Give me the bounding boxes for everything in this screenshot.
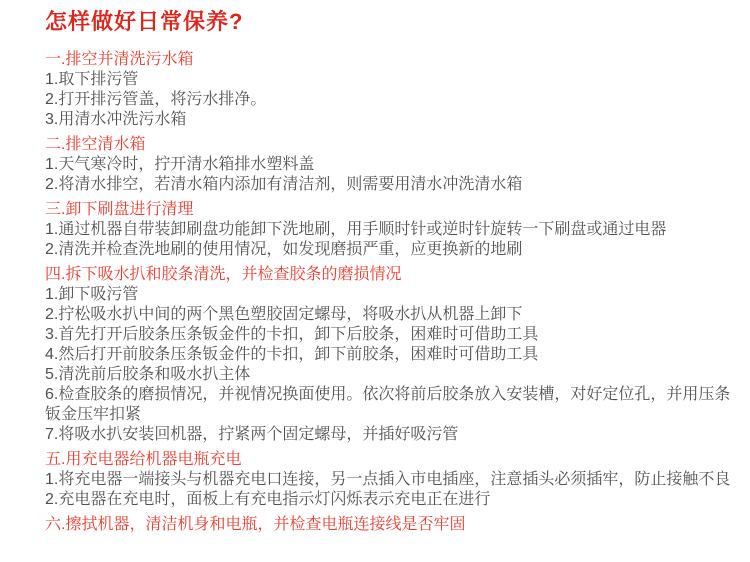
section-step-item: 7.将吸水扒安装回机器，拧紧两个固定螺母，并插好吸污管 (45, 425, 745, 445)
section-heading: 四.拆下吸水扒和胶条清洗，并检查胶条的磨损情况 (45, 265, 745, 285)
section-heading: 二.排空清水箱 (45, 135, 745, 155)
section-heading: 六.擦拭机器，清洁机身和电瓶，并检查电瓶连接线是否牢固 (45, 515, 745, 535)
page-title: 怎样做好日常保养? (45, 10, 745, 34)
section-step-item: 4.然后打开前胶条压条钣金件的卡扣，卸下前胶条，困难时可借助工具 (45, 345, 745, 365)
section-step-item: 1.通过机器自带装卸刷盘功能卸下洗地刷，用手顺时针或逆时针旋转一下刷盘或通过电器 (45, 220, 745, 240)
section-step-item: 6.检查胶条的磨损情况，并视情况换面使用。依次将前后胶条放入安装槽，对好定位孔，… (45, 385, 745, 425)
section-step-item: 2.清洗并检查洗地刷的使用情况，如发现磨损严重，应更换新的地刷 (45, 240, 745, 260)
maintenance-guide-document: 怎样做好日常保养? 一.排空并清洗污水箱1.取下排污管2.打开排污管盖，将污水排… (0, 0, 750, 535)
section-step-item: 3.用清水冲洗污水箱 (45, 110, 745, 130)
section-step-item: 1.卸下吸污管 (45, 285, 745, 305)
sections-container: 一.排空并清洗污水箱1.取下排污管2.打开排污管盖，将污水排净。3.用清水冲洗污… (45, 50, 745, 535)
section-step-item: 1.取下排污管 (45, 70, 745, 90)
section-heading: 三.卸下刷盘进行清理 (45, 200, 745, 220)
section-step-item: 3.首先打开后胶条压条钣金件的卡扣，卸下后胶条，困难时可借助工具 (45, 325, 745, 345)
section-step-item: 2.充电器在充电时，面板上有充电指示灯闪烁表示充电正在进行 (45, 490, 745, 510)
section-step-item: 5.清洗前后胶条和吸水扒主体 (45, 365, 745, 385)
section-step-item: 2.将清水排空，若清水箱内添加有清洁剂，则需要用清水冲洗清水箱 (45, 175, 745, 195)
section-heading: 一.排空并清洗污水箱 (45, 50, 745, 70)
section-heading: 五.用充电器给机器电瓶充电 (45, 450, 745, 470)
section-step-item: 1.将充电器一端接头与机器充电口连接，另一点插入市电插座，注意插头必须插牢，防止… (45, 470, 745, 490)
section-step-item: 2.拧松吸水扒中间的两个黑色塑胶固定螺母，将吸水扒从机器上卸下 (45, 305, 745, 325)
section-step-item: 2.打开排污管盖，将污水排净。 (45, 90, 745, 110)
section-step-item: 1.天气寒冷时，拧开清水箱排水塑料盖 (45, 155, 745, 175)
